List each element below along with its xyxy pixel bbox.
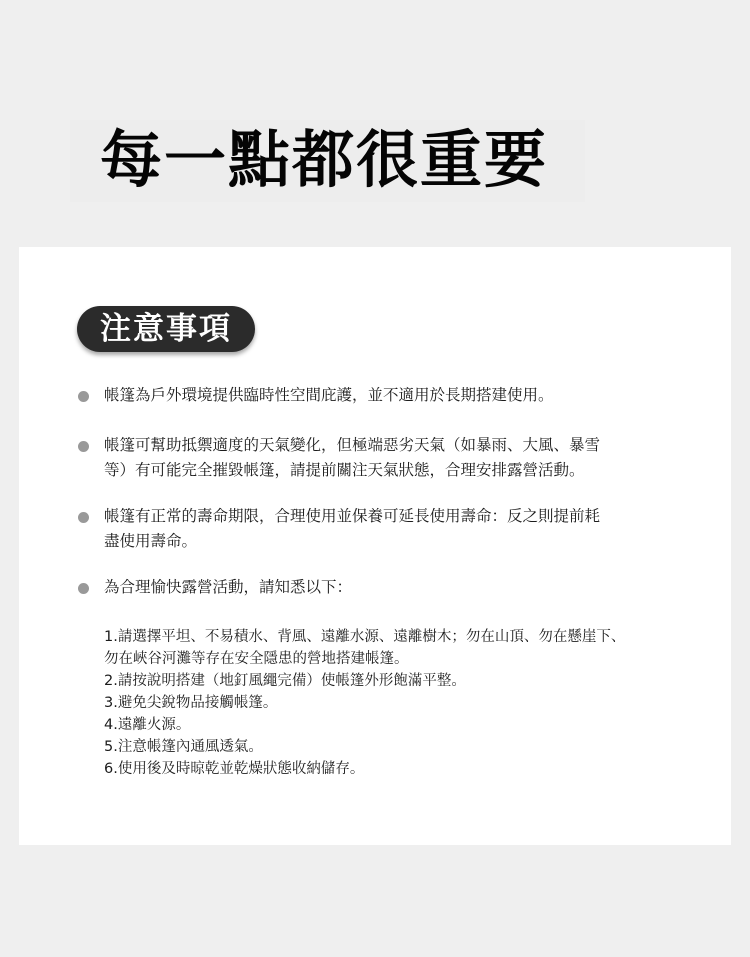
bullet-dot-icon bbox=[78, 391, 89, 402]
bullet-item: 帳篷有正常的壽命期限，合理使用並保養可延長使用壽命：反之則提前耗 盡使用壽命。 bbox=[76, 504, 600, 554]
bullet-text: 為合理愉快露營活動，請知悉以下： bbox=[104, 575, 352, 600]
numbered-steps: 1.請選擇平坦、不易積水、背風、遠離水源、遠離樹木；勿在山頂、勿在懸崖下、 勿在… bbox=[104, 626, 714, 780]
bullet-text-line: 帳篷可幫助抵禦適度的天氣變化，但極端惡劣天氣（如暴雨、大風、暴雪 bbox=[104, 433, 600, 458]
bullet-item: 帳篷可幫助抵禦適度的天氣變化，但極端惡劣天氣（如暴雨、大風、暴雪 等）有可能完全… bbox=[76, 433, 600, 483]
bullet-dot-icon bbox=[78, 441, 89, 452]
step-item: 4.遠離火源。 bbox=[104, 714, 714, 736]
bullet-dot-icon bbox=[78, 583, 89, 594]
section-title: 注意事項 bbox=[100, 306, 232, 352]
bullet-text: 帳篷為戶外環境提供臨時性空間庇護，並不適用於長期搭建使用。 bbox=[104, 383, 554, 408]
page-headline: 每一點都很重要 bbox=[100, 122, 548, 198]
step-item-continued: 勿在峽谷河灘等存在安全隱患的營地搭建帳篷。 bbox=[104, 648, 714, 670]
bullet-item: 為合理愉快露營活動，請知悉以下： bbox=[76, 575, 352, 600]
step-item: 2.請按說明搭建（地釘風繩完備）使帳篷外形飽滿平整。 bbox=[104, 670, 714, 692]
bullet-text-line: 帳篷有正常的壽命期限，合理使用並保養可延長使用壽命：反之則提前耗 bbox=[104, 504, 600, 529]
step-item: 6.使用後及時晾乾並乾燥狀態收納儲存。 bbox=[104, 758, 714, 780]
step-item: 1.請選擇平坦、不易積水、背風、遠離水源、遠離樹木；勿在山頂、勿在懸崖下、 bbox=[104, 626, 714, 648]
bullet-dot-icon bbox=[78, 512, 89, 523]
step-item: 5.注意帳篷內通風透氣。 bbox=[104, 736, 714, 758]
bullet-text-line: 等）有可能完全摧毀帳篷，請提前關注天氣狀態，合理安排露營活動。 bbox=[104, 458, 600, 483]
bullet-text-line: 盡使用壽命。 bbox=[104, 529, 600, 554]
section-title-pill: 注意事項 bbox=[77, 306, 255, 352]
bullet-item: 帳篷為戶外環境提供臨時性空間庇護，並不適用於長期搭建使用。 bbox=[76, 383, 554, 408]
step-item: 3.避免尖銳物品接觸帳篷。 bbox=[104, 692, 714, 714]
